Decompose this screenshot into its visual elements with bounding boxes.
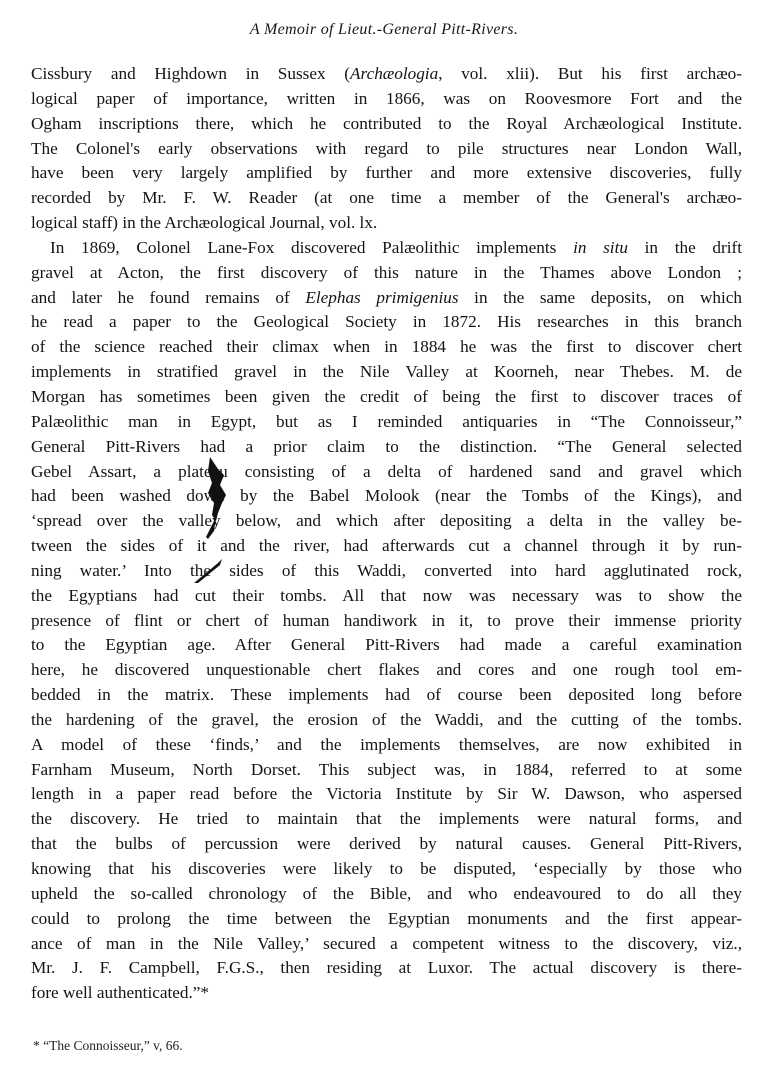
text-run: knowing that his discoveries were likely… [31, 859, 742, 878]
text-run: , vol. xlii). But his first archæo- [438, 64, 742, 83]
text-run: to the Egyptian age. After General Pitt-… [31, 635, 742, 654]
text-run: the hardening of the gravel, the erosion… [31, 710, 742, 729]
text-run: have been very largely amplified by furt… [31, 163, 742, 182]
text-line: ning water.’ Into the sides of this Wadd… [31, 559, 742, 584]
text-run: here, he discovered unquestionable chert… [31, 660, 742, 679]
text-line: logical staff) in the Archæological Jour… [31, 211, 742, 236]
text-run: tween the sides of it and the river, had… [31, 536, 742, 555]
italic-text: Elephas primigenius [305, 288, 458, 307]
footnote: * “The Connoisseur,” v, 66. [33, 1038, 183, 1054]
italic-text: Archæologia [350, 64, 438, 83]
text-line: Farnham Museum, North Dorset. This subje… [31, 758, 742, 783]
text-run: of the science reached their climax when… [31, 337, 742, 356]
text-run: ‘spread over the valley below, and which… [31, 511, 742, 530]
text-line: he read a paper to the Geological Societ… [31, 310, 742, 335]
text-run: In 1869, Colonel Lane-Fox discovered Pal… [50, 238, 573, 257]
text-run: Farnham Museum, North Dorset. This subje… [31, 760, 742, 779]
text-run: that the bulbs of percussion were derive… [31, 834, 742, 853]
text-line: had been washed down by the Babel Molook… [31, 484, 742, 509]
text-line: bedded in the matrix. These implements h… [31, 683, 742, 708]
text-run: Morgan has sometimes been given the cred… [31, 387, 742, 406]
text-run: logical staff) in the Archæological Jour… [31, 213, 377, 232]
text-line: and later he found remains of Elephas pr… [31, 286, 742, 311]
text-line: the discovery. He tried to maintain that… [31, 807, 742, 832]
text-line: could to prolong the time between the Eg… [31, 907, 742, 932]
text-run: bedded in the matrix. These implements h… [31, 685, 742, 704]
text-run: he read a paper to the Geological Societ… [31, 312, 742, 331]
text-line: ‘spread over the valley below, and which… [31, 509, 742, 534]
text-line: The Colonel's early observations with re… [31, 137, 742, 162]
text-run: upheld the so-called chronology of the B… [31, 884, 742, 903]
book-page: A Memoir of Lieut.-General Pitt-Rivers. … [0, 0, 768, 1080]
text-line: implements in stratified gravel in the N… [31, 360, 742, 385]
text-line: tween the sides of it and the river, had… [31, 534, 742, 559]
text-line: Mr. J. F. Campbell, F.G.S., then residin… [31, 956, 742, 981]
text-line: gravel at Acton, the first discovery of … [31, 261, 742, 286]
text-line: length in a paper read before the Victor… [31, 782, 742, 807]
text-run: fore well authenticated.”* [31, 983, 209, 1002]
text-run: A model of these ‘finds,’ and the implem… [31, 735, 742, 754]
text-line: Gebel Assart, a plateau consisting of a … [31, 460, 742, 485]
text-line: Cissbury and Highdown in Sussex (Archæol… [31, 62, 742, 87]
text-run: ning water.’ Into the sides of this Wadd… [31, 561, 742, 580]
text-run: and later he found remains of [31, 288, 305, 307]
text-line: Palæolithic man in Egypt, but as I remin… [31, 410, 742, 435]
text-line: fore well authenticated.”* [31, 981, 742, 1006]
text-run: presence of flint or chert of human hand… [31, 611, 742, 630]
text-run: gravel at Acton, the first discovery of … [31, 263, 742, 282]
text-line: that the bulbs of percussion were derive… [31, 832, 742, 857]
italic-text: in situ [573, 238, 628, 257]
text-line: have been very largely amplified by furt… [31, 161, 742, 186]
text-run: The Colonel's early observations with re… [31, 139, 742, 158]
text-run: the Egyptians had cut their tombs. All t… [31, 586, 742, 605]
text-line: the Egyptians had cut their tombs. All t… [31, 584, 742, 609]
text-run: had been washed down by the Babel Molook… [31, 486, 742, 505]
text-run: in the same deposits, on which [459, 288, 742, 307]
text-line: knowing that his discoveries were likely… [31, 857, 742, 882]
text-line: the hardening of the gravel, the erosion… [31, 708, 742, 733]
text-run: Mr. J. F. Campbell, F.G.S., then residin… [31, 958, 742, 977]
text-run: Ogham inscriptions there, which he contr… [31, 114, 742, 133]
text-run: the discovery. He tried to maintain that… [31, 809, 742, 828]
text-line: Ogham inscriptions there, which he contr… [31, 112, 742, 137]
text-run: length in a paper read before the Victor… [31, 784, 742, 803]
body-text: Cissbury and Highdown in Sussex (Archæol… [31, 62, 742, 1006]
text-run: Palæolithic man in Egypt, but as I remin… [31, 412, 742, 431]
text-run: Gebel Assart, a plateau consisting of a … [31, 462, 742, 481]
text-line: presence of flint or chert of human hand… [31, 609, 742, 634]
running-head: A Memoir of Lieut.-General Pitt-Rivers. [0, 21, 768, 39]
text-run: General Pitt-Rivers had a prior claim to… [31, 437, 742, 456]
text-run: logical paper of importance, written in … [31, 89, 742, 108]
text-line: Morgan has sometimes been given the cred… [31, 385, 742, 410]
text-run: implements in stratified gravel in the N… [31, 362, 742, 381]
text-line: A model of these ‘finds,’ and the implem… [31, 733, 742, 758]
text-run: in the drift [628, 238, 742, 257]
text-run: recorded by Mr. F. W. Reader (at one tim… [31, 188, 742, 207]
text-line: ance of man in the Nile Valley,’ secured… [31, 932, 742, 957]
text-line: here, he discovered unquestionable chert… [31, 658, 742, 683]
text-line: to the Egyptian age. After General Pitt-… [31, 633, 742, 658]
text-line: of the science reached their climax when… [31, 335, 742, 360]
text-run: ance of man in the Nile Valley,’ secured… [31, 934, 742, 953]
text-line: recorded by Mr. F. W. Reader (at one tim… [31, 186, 742, 211]
text-run: could to prolong the time between the Eg… [31, 909, 742, 928]
text-run: Cissbury and Highdown in Sussex ( [31, 64, 350, 83]
text-line: General Pitt-Rivers had a prior claim to… [31, 435, 742, 460]
text-line: logical paper of importance, written in … [31, 87, 742, 112]
text-line: upheld the so-called chronology of the B… [31, 882, 742, 907]
text-line: In 1869, Colonel Lane-Fox discovered Pal… [31, 236, 742, 261]
